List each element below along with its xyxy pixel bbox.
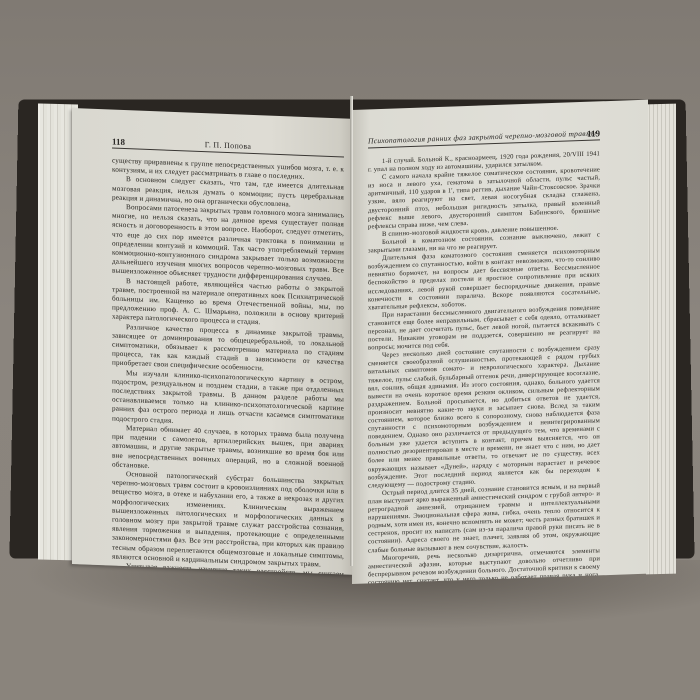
- paragraph: С самого начала крайне тяжелое соматичес…: [368, 167, 600, 232]
- left-running-header: 118 Г. П. Попова: [112, 132, 344, 158]
- paragraph: Вопросами патогенеза закрытых травм голо…: [112, 203, 344, 286]
- running-head: Психопатология ранних фаз закрытой череп…: [368, 128, 600, 145]
- right-page-body: 1-й случай. Больной К., красноармеец, 19…: [368, 150, 600, 584]
- paragraph: Мы изучали клинико-психопатологическую к…: [112, 368, 344, 432]
- right-page: Психопатология ранних фаз закрытой череп…: [352, 100, 648, 584]
- book-spine-gutter: [350, 96, 353, 566]
- right-running-header: Психопатология ранних фаз закрытой череп…: [368, 123, 600, 148]
- paragraph: Через несколько дней состояние спутаннос…: [368, 345, 600, 491]
- paragraph: Острый период длится 35 дней, сознание с…: [368, 482, 600, 555]
- left-page: 118 Г. П. Попова существу приравнены к г…: [72, 108, 354, 575]
- paragraph: Длительная фаза коматозного состояния см…: [368, 247, 600, 312]
- page-number: 119: [587, 128, 600, 138]
- running-head: Г. П. Попова: [112, 137, 344, 155]
- paragraph: Основной патологический субстрат большин…: [112, 469, 344, 570]
- left-page-body: существу приравнены к группе непосредств…: [112, 157, 344, 575]
- right-page-edges: [646, 104, 676, 575]
